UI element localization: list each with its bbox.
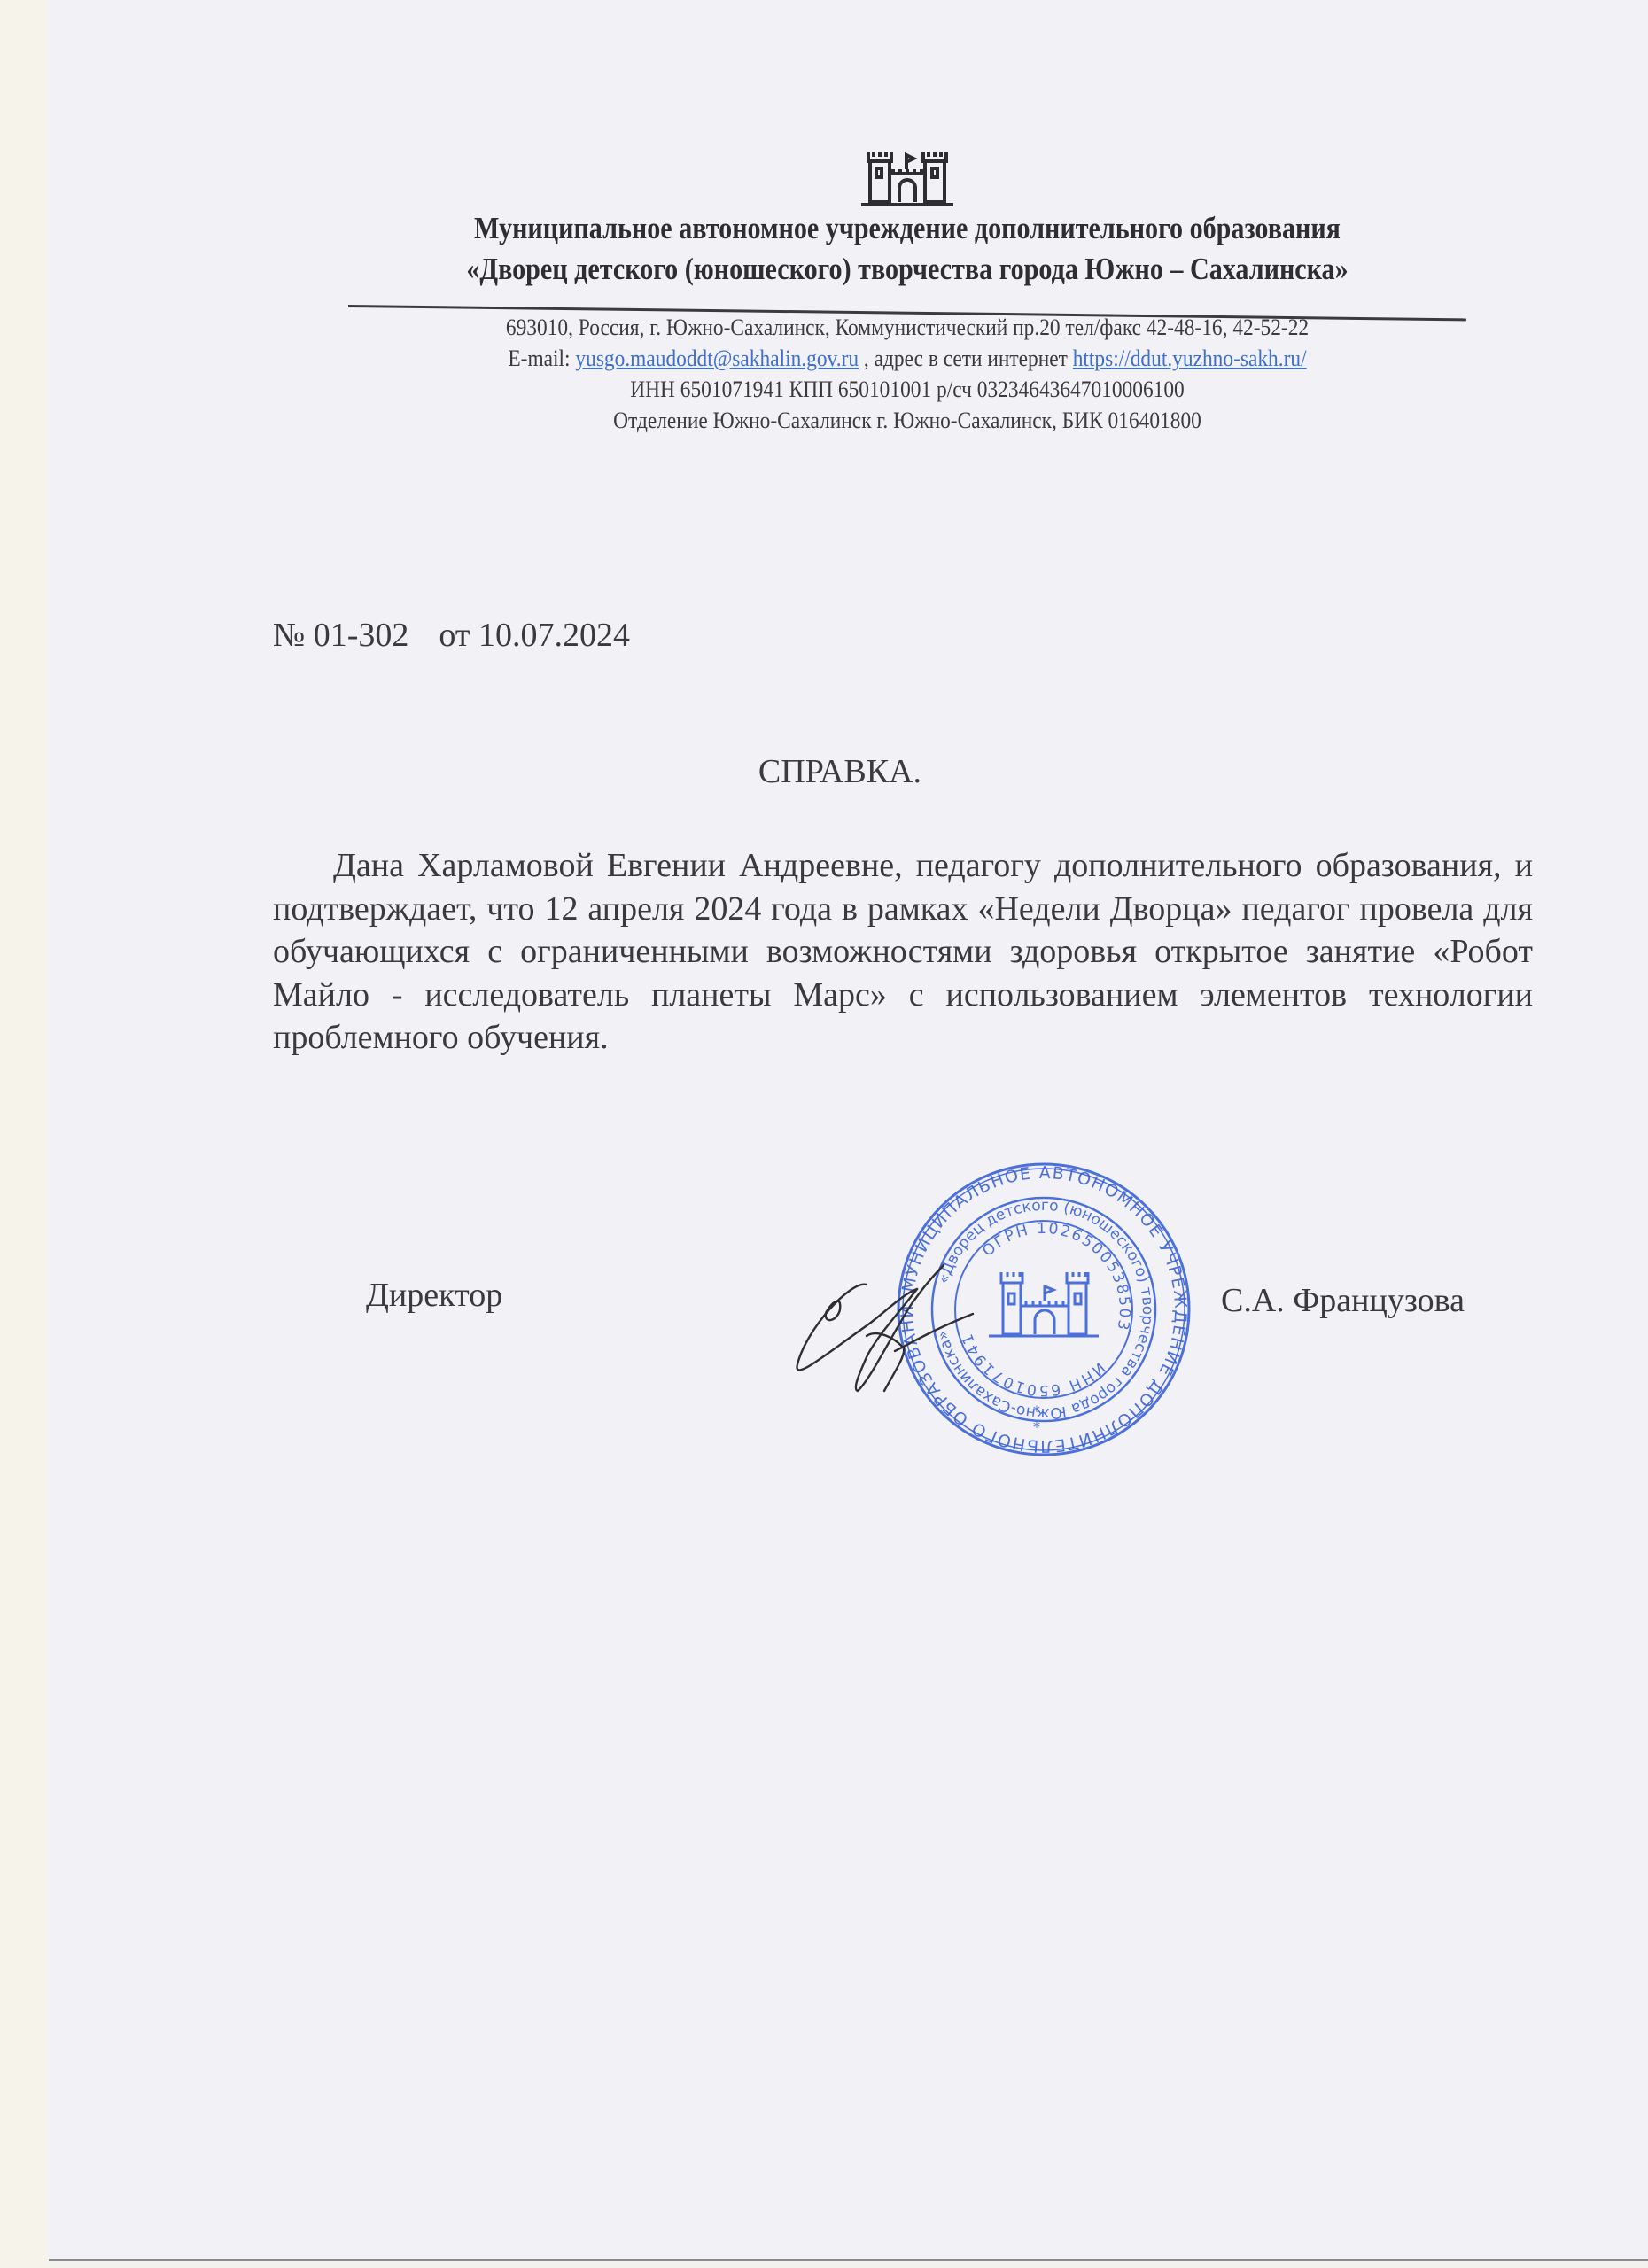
contact-line: E-mail: yusgo.maudoddt@sakhalin.gov.ru ,…: [404, 346, 1411, 372]
address-line: 693010, Россия, г. Южно-Сахалинск, Комму…: [404, 315, 1411, 341]
document-title-wrapper: СПРАВКА.: [0, 752, 1648, 791]
email-link[interactable]: yusgo.maudoddt@sakhalin.gov.ru: [575, 346, 859, 371]
scan-margin: [0, 0, 49, 2268]
document-title: СПРАВКА.: [758, 752, 921, 791]
website-label: , адрес в сети интернет: [859, 346, 1073, 371]
org-name-line1: Муниципальное автономное учреждение допо…: [426, 211, 1388, 246]
bank-details-line: ИНН 6501071941 КПП 650101001 р/сч 032346…: [404, 377, 1411, 403]
reference-line: № 01-302от 10.07.2024: [273, 616, 630, 655]
document-body: Дана Харламовой Евгении Андреевне, педаг…: [273, 844, 1533, 1060]
scan-bottom-margin: [49, 2261, 1648, 2268]
signatory-name: С.А. Французова: [1221, 1281, 1465, 1320]
director-signature: [771, 1258, 983, 1404]
svg-text:*: *: [1033, 1402, 1040, 1419]
svg-text:*: *: [1033, 1418, 1040, 1435]
org-name-line2: «Дворец детского (юношеского) творчества…: [426, 252, 1388, 287]
document-date: от 10.07.2024: [439, 617, 630, 654]
stamp-castle-icon: [989, 1272, 1099, 1336]
document-number: № 01-302: [273, 617, 408, 654]
email-label: E-mail:: [508, 346, 575, 371]
website-link[interactable]: https://ddut.yuzhno-sakh.ru/: [1073, 346, 1307, 371]
signatory-role: Директор: [366, 1276, 502, 1315]
castle-icon: [861, 147, 953, 207]
branch-line: Отделение Южно-Сахалинск г. Южно-Сахалин…: [404, 408, 1411, 434]
